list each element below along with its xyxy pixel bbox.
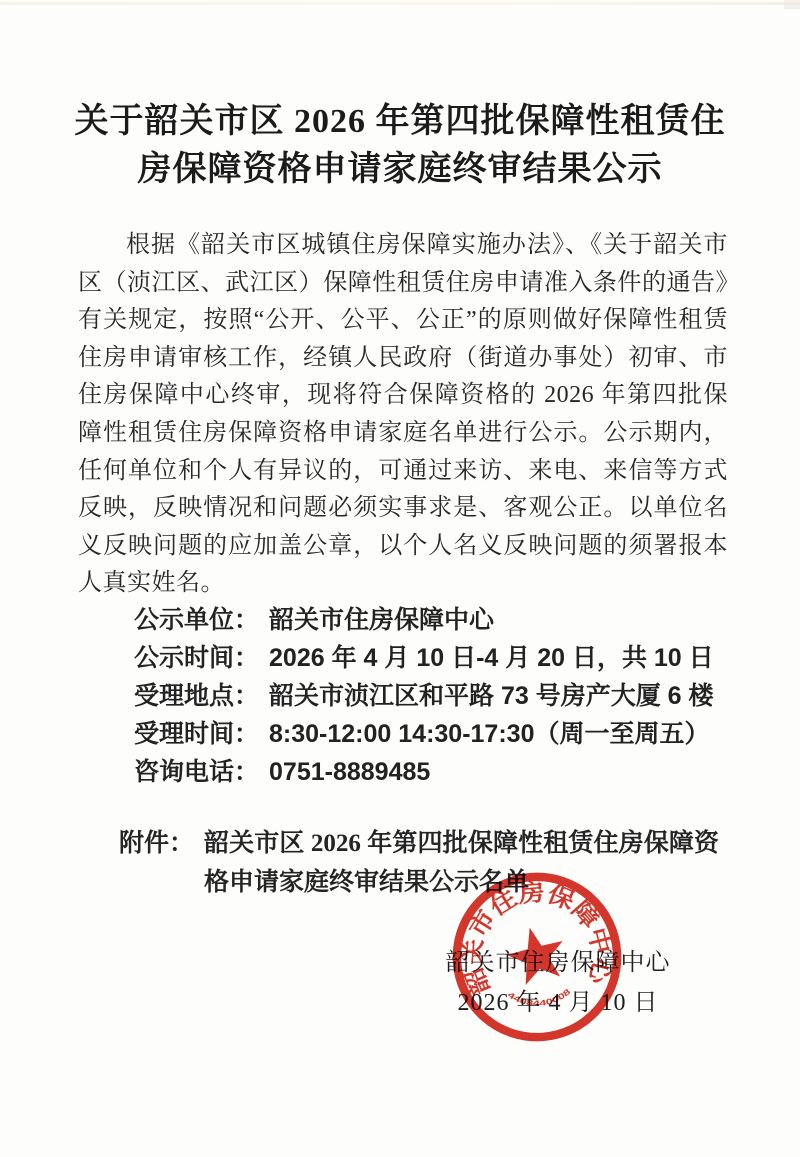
title-line-1: 关于韶关市区 2026 年第四批保障性租赁住 [60,98,740,146]
seal-serial-textpath: 4408440008 [505,986,573,1011]
document-page: 关于韶关市区 2026 年第四批保障性租赁住 房保障资格申请家庭终审结果公示 根… [0,0,800,1157]
info-row-period: 公示时间：2026 年 4 月 10 日-4 月 20 日，共 10 日 [134,639,714,677]
attachment-label: 附件： [119,824,194,902]
document-title: 关于韶关市区 2026 年第四批保障性租赁住 房保障资格申请家庭终审结果公示 [60,98,740,194]
info-label: 受理时间： [134,720,259,748]
seal-star-icon [502,921,571,988]
info-row-hours: 受理时间：8:30-12:00 14:30-17:30（周一至周五） [134,715,714,753]
info-label: 公示时间： [134,644,259,672]
info-label: 公示单位： [134,606,259,634]
body-paragraph: 根据《韶关市区城镇住房保障实施办法》、《关于韶关市区（浈江区、武江区）保障性租赁… [78,227,728,603]
info-value: 韶关市浈江区和平路 73 号房产大厦 6 楼 [269,682,714,710]
title-line-2: 房保障资格申请家庭终审结果公示 [60,146,740,194]
info-label: 受理地点： [134,682,259,710]
attachment-line: 附件： 韶关市区 2026 年第四批保障性租赁住房保障资格申请家庭终审结果公示名… [119,824,719,902]
info-value: 韶关市住房保障中心 [269,606,494,634]
seal-arc-text: 韶关市住房保障中心 [453,873,617,999]
seal-arc-textpath: 韶关市住房保障中心 [453,873,617,999]
official-seal-stamp: 韶关市住房保障中心 4408440008 [442,862,632,1052]
info-row-publisher: 公示单位：韶关市住房保障中心 [134,601,714,639]
info-value: 0751-8889485 [269,758,430,786]
info-value: 8:30-12:00 14:30-17:30（周一至周五） [269,720,709,748]
info-value: 2026 年 4 月 10 日-4 月 20 日，共 10 日 [269,644,714,672]
info-row-address: 受理地点：韶关市浈江区和平路 73 号房产大厦 6 楼 [134,677,714,715]
info-row-phone: 咨询电话：0751-8889485 [134,753,714,791]
scan-artifact-top-edge [0,2,800,5]
scan-artifact-corner [784,0,800,9]
seal-serial-number: 4408440008 [505,986,573,1011]
info-list: 公示单位：韶关市住房保障中心 公示时间：2026 年 4 月 10 日-4 月 … [134,601,714,791]
info-label: 咨询电话： [134,758,259,786]
